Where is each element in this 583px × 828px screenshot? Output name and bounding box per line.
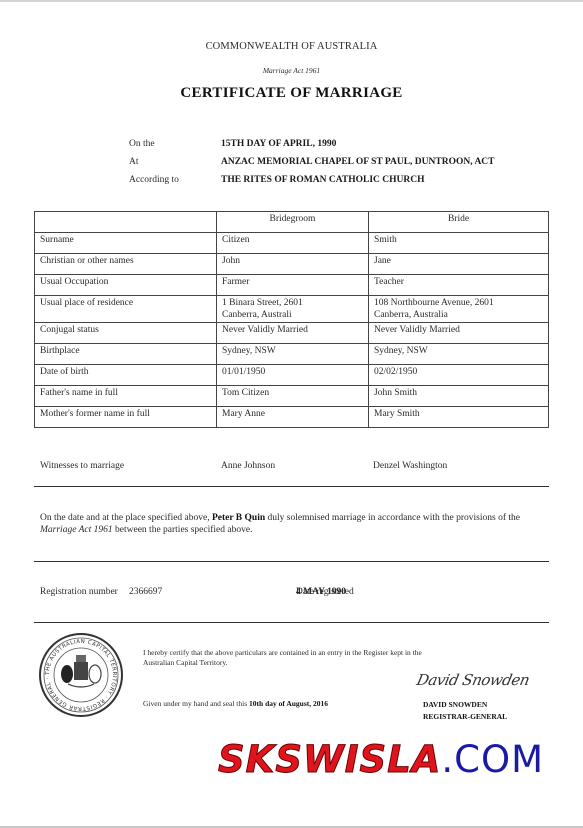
- bridegroom-value: Citizen: [217, 233, 369, 254]
- row-label-text: Birthplace: [40, 346, 80, 356]
- fact-place: At ANZAC MEMORIAL CHAPEL OF ST PAUL, DUN…: [129, 153, 495, 171]
- table-row: Usual place of residence1 Binara Street,…: [35, 296, 549, 323]
- text: duly solemnised marriage in accordance w…: [265, 513, 520, 523]
- fact-value: ANZAC MEMORIAL CHAPEL OF ST PAUL, DUNTRO…: [221, 157, 495, 167]
- bride-value: Never Validly Married: [369, 323, 549, 344]
- fact-value: THE RITES OF ROMAN CATHOLIC CHURCH: [221, 175, 424, 185]
- bridegroom-value-text: Mary Anne: [222, 409, 265, 419]
- row-label: Conjugal status: [35, 323, 217, 344]
- marriage-facts: On the 15TH DAY OF APRIL, 1990 At ANZAC …: [129, 135, 495, 189]
- bride-value: Mary Smith: [369, 407, 549, 428]
- bridegroom-value-text: 1 Binara Street, 2601: [222, 298, 303, 308]
- bride-value-text: Smith: [374, 235, 397, 245]
- table-row: Conjugal statusNever Validly MarriedNeve…: [35, 323, 549, 344]
- table-row: Father's name in fullTom CitizenJohn Smi…: [35, 386, 549, 407]
- bridegroom-value: Farmer: [217, 275, 369, 296]
- row-label-text: Date of birth: [40, 367, 89, 377]
- fact-date: On the 15TH DAY OF APRIL, 1990: [129, 135, 495, 153]
- issue-date: 10th day of August, 2016: [249, 699, 328, 708]
- act-reference: Marriage Act 1961: [0, 66, 583, 75]
- bridegroom-value-text: John: [222, 256, 240, 266]
- bride-value-text: John Smith: [374, 388, 417, 398]
- date-registered-label: Date registered: [296, 587, 354, 597]
- bridegroom-value-text: Tom Citizen: [222, 388, 269, 398]
- bride-value-text: Sydney, NSW: [374, 346, 428, 356]
- bride-value: Smith: [369, 233, 549, 254]
- row-label: Usual place of residence: [35, 296, 217, 323]
- bride-value: John Smith: [369, 386, 549, 407]
- certification-statement: I hereby certify that the above particul…: [143, 648, 443, 667]
- bride-value-text: Never Validly Married: [374, 325, 460, 335]
- row-label: Mother's former name in full: [35, 407, 217, 428]
- bridegroom-value-text: 01/01/1950: [222, 367, 265, 377]
- row-label-text: Conjugal status: [40, 325, 99, 335]
- bride-value: Jane: [369, 254, 549, 275]
- bride-value: 108 Northbourne Avenue, 2601Canberra, Au…: [369, 296, 549, 323]
- bridegroom-value: John: [217, 254, 369, 275]
- witness-2: Denzel Washington: [373, 461, 447, 471]
- text: between the parties specified above.: [113, 525, 253, 535]
- registration-number-label: Registration number: [40, 587, 118, 597]
- row-label-text: Father's name in full: [40, 388, 118, 398]
- registrar-signature: David Snowden: [415, 671, 531, 689]
- bridegroom-value-text-line2: Canberra, Australi: [222, 310, 363, 320]
- certificate-title: CERTIFICATE OF MARRIAGE: [0, 85, 583, 102]
- table-row: BirthplaceSydney, NSWSydney, NSW: [35, 344, 549, 365]
- bridegroom-value-text: Sydney, NSW: [222, 346, 276, 356]
- witness-1: Anne Johnson: [221, 461, 275, 471]
- row-label: Date of birth: [35, 365, 217, 386]
- bridegroom-value: Never Validly Married: [217, 323, 369, 344]
- registrar-title: REGISTRAR-GENERAL: [423, 711, 507, 723]
- text: Given under my hand and seal this: [143, 699, 249, 708]
- table-row: Usual OccupationFarmerTeacher: [35, 275, 549, 296]
- divider: [34, 622, 549, 623]
- bride-value-text-line2: Canberra, Australia: [374, 310, 543, 320]
- registrar-name: DAVID SNOWDEN: [423, 699, 507, 711]
- issuing-authority: COMMONWEALTH OF AUSTRALIA: [0, 41, 583, 52]
- text: On the date and at the place specified a…: [40, 513, 212, 523]
- header-cell-bride: Bride: [369, 212, 549, 233]
- bride-value-text: Mary Smith: [374, 409, 420, 419]
- row-label-text: Usual place of residence: [40, 298, 133, 308]
- row-label-text: Usual Occupation: [40, 277, 108, 287]
- witnesses-label: Witnesses to marriage: [40, 461, 124, 471]
- bridegroom-value: Mary Anne: [217, 407, 369, 428]
- watermark-red-text: SKSWISLA: [218, 738, 441, 781]
- bride-value-text: Jane: [374, 256, 391, 266]
- fact-label: At: [129, 157, 221, 167]
- divider: [34, 486, 549, 487]
- fact-rites: According to THE RITES OF ROMAN CATHOLIC…: [129, 171, 495, 189]
- registrar-block: DAVID SNOWDEN REGISTRAR-GENERAL: [423, 699, 507, 723]
- official-seal-icon: THE AUSTRALIAN CAPITAL TERRITORY · REGIS…: [38, 632, 124, 718]
- row-label-text: Surname: [40, 235, 74, 245]
- row-label: Surname: [35, 233, 217, 254]
- bride-value: Teacher: [369, 275, 549, 296]
- bridegroom-value-text: Citizen: [222, 235, 249, 245]
- table-row: Christian or other namesJohnJane: [35, 254, 549, 275]
- bride-value: 02/02/1950: [369, 365, 549, 386]
- bridegroom-value: 1 Binara Street, 2601Canberra, Australi: [217, 296, 369, 323]
- bridegroom-value: 01/01/1950: [217, 365, 369, 386]
- celebrant-name: Peter B Quin: [212, 513, 265, 523]
- table-row: SurnameCitizenSmith: [35, 233, 549, 254]
- date-registered: Date registered 4 MAY 1990: [296, 587, 346, 597]
- solemnisation-statement: On the date and at the place specified a…: [40, 512, 540, 536]
- row-label-text: Christian or other names: [40, 256, 134, 266]
- bridegroom-value: Sydney, NSW: [217, 344, 369, 365]
- bride-value-text: 02/02/1950: [374, 367, 417, 377]
- watermark-blue-text: .COM: [441, 738, 544, 781]
- registration-number: 2366697: [129, 587, 162, 597]
- fact-label: On the: [129, 139, 221, 149]
- page-top-edge: [0, 0, 583, 2]
- header-cell-blank: [35, 212, 217, 233]
- bride-value-text: 108 Northbourne Avenue, 2601: [374, 298, 494, 308]
- watermark: SKSWISLA.COM: [218, 738, 544, 781]
- row-label: Father's name in full: [35, 386, 217, 407]
- bridegroom-value-text: Farmer: [222, 277, 249, 287]
- row-label: Birthplace: [35, 344, 217, 365]
- parties-table: Bridegroom Bride SurnameCitizenSmithChri…: [34, 211, 549, 428]
- given-under-hand: Given under my hand and seal this 10th d…: [143, 699, 328, 708]
- fact-label: According to: [129, 175, 221, 185]
- bride-value-text: Teacher: [374, 277, 404, 287]
- header-cell-bridegroom: Bridegroom: [217, 212, 369, 233]
- table-row: Date of birth01/01/195002/02/1950: [35, 365, 549, 386]
- fact-value: 15TH DAY OF APRIL, 1990: [221, 139, 336, 149]
- table-header-row: Bridegroom Bride: [35, 212, 549, 233]
- act-name: Marriage Act 1961: [40, 525, 113, 535]
- bridegroom-value: Tom Citizen: [217, 386, 369, 407]
- bride-value: Sydney, NSW: [369, 344, 549, 365]
- row-label: Usual Occupation: [35, 275, 217, 296]
- row-label: Christian or other names: [35, 254, 217, 275]
- table-row: Mother's former name in fullMary AnneMar…: [35, 407, 549, 428]
- divider: [34, 561, 549, 562]
- row-label-text: Mother's former name in full: [40, 409, 150, 419]
- bridegroom-value-text: Never Validly Married: [222, 325, 308, 335]
